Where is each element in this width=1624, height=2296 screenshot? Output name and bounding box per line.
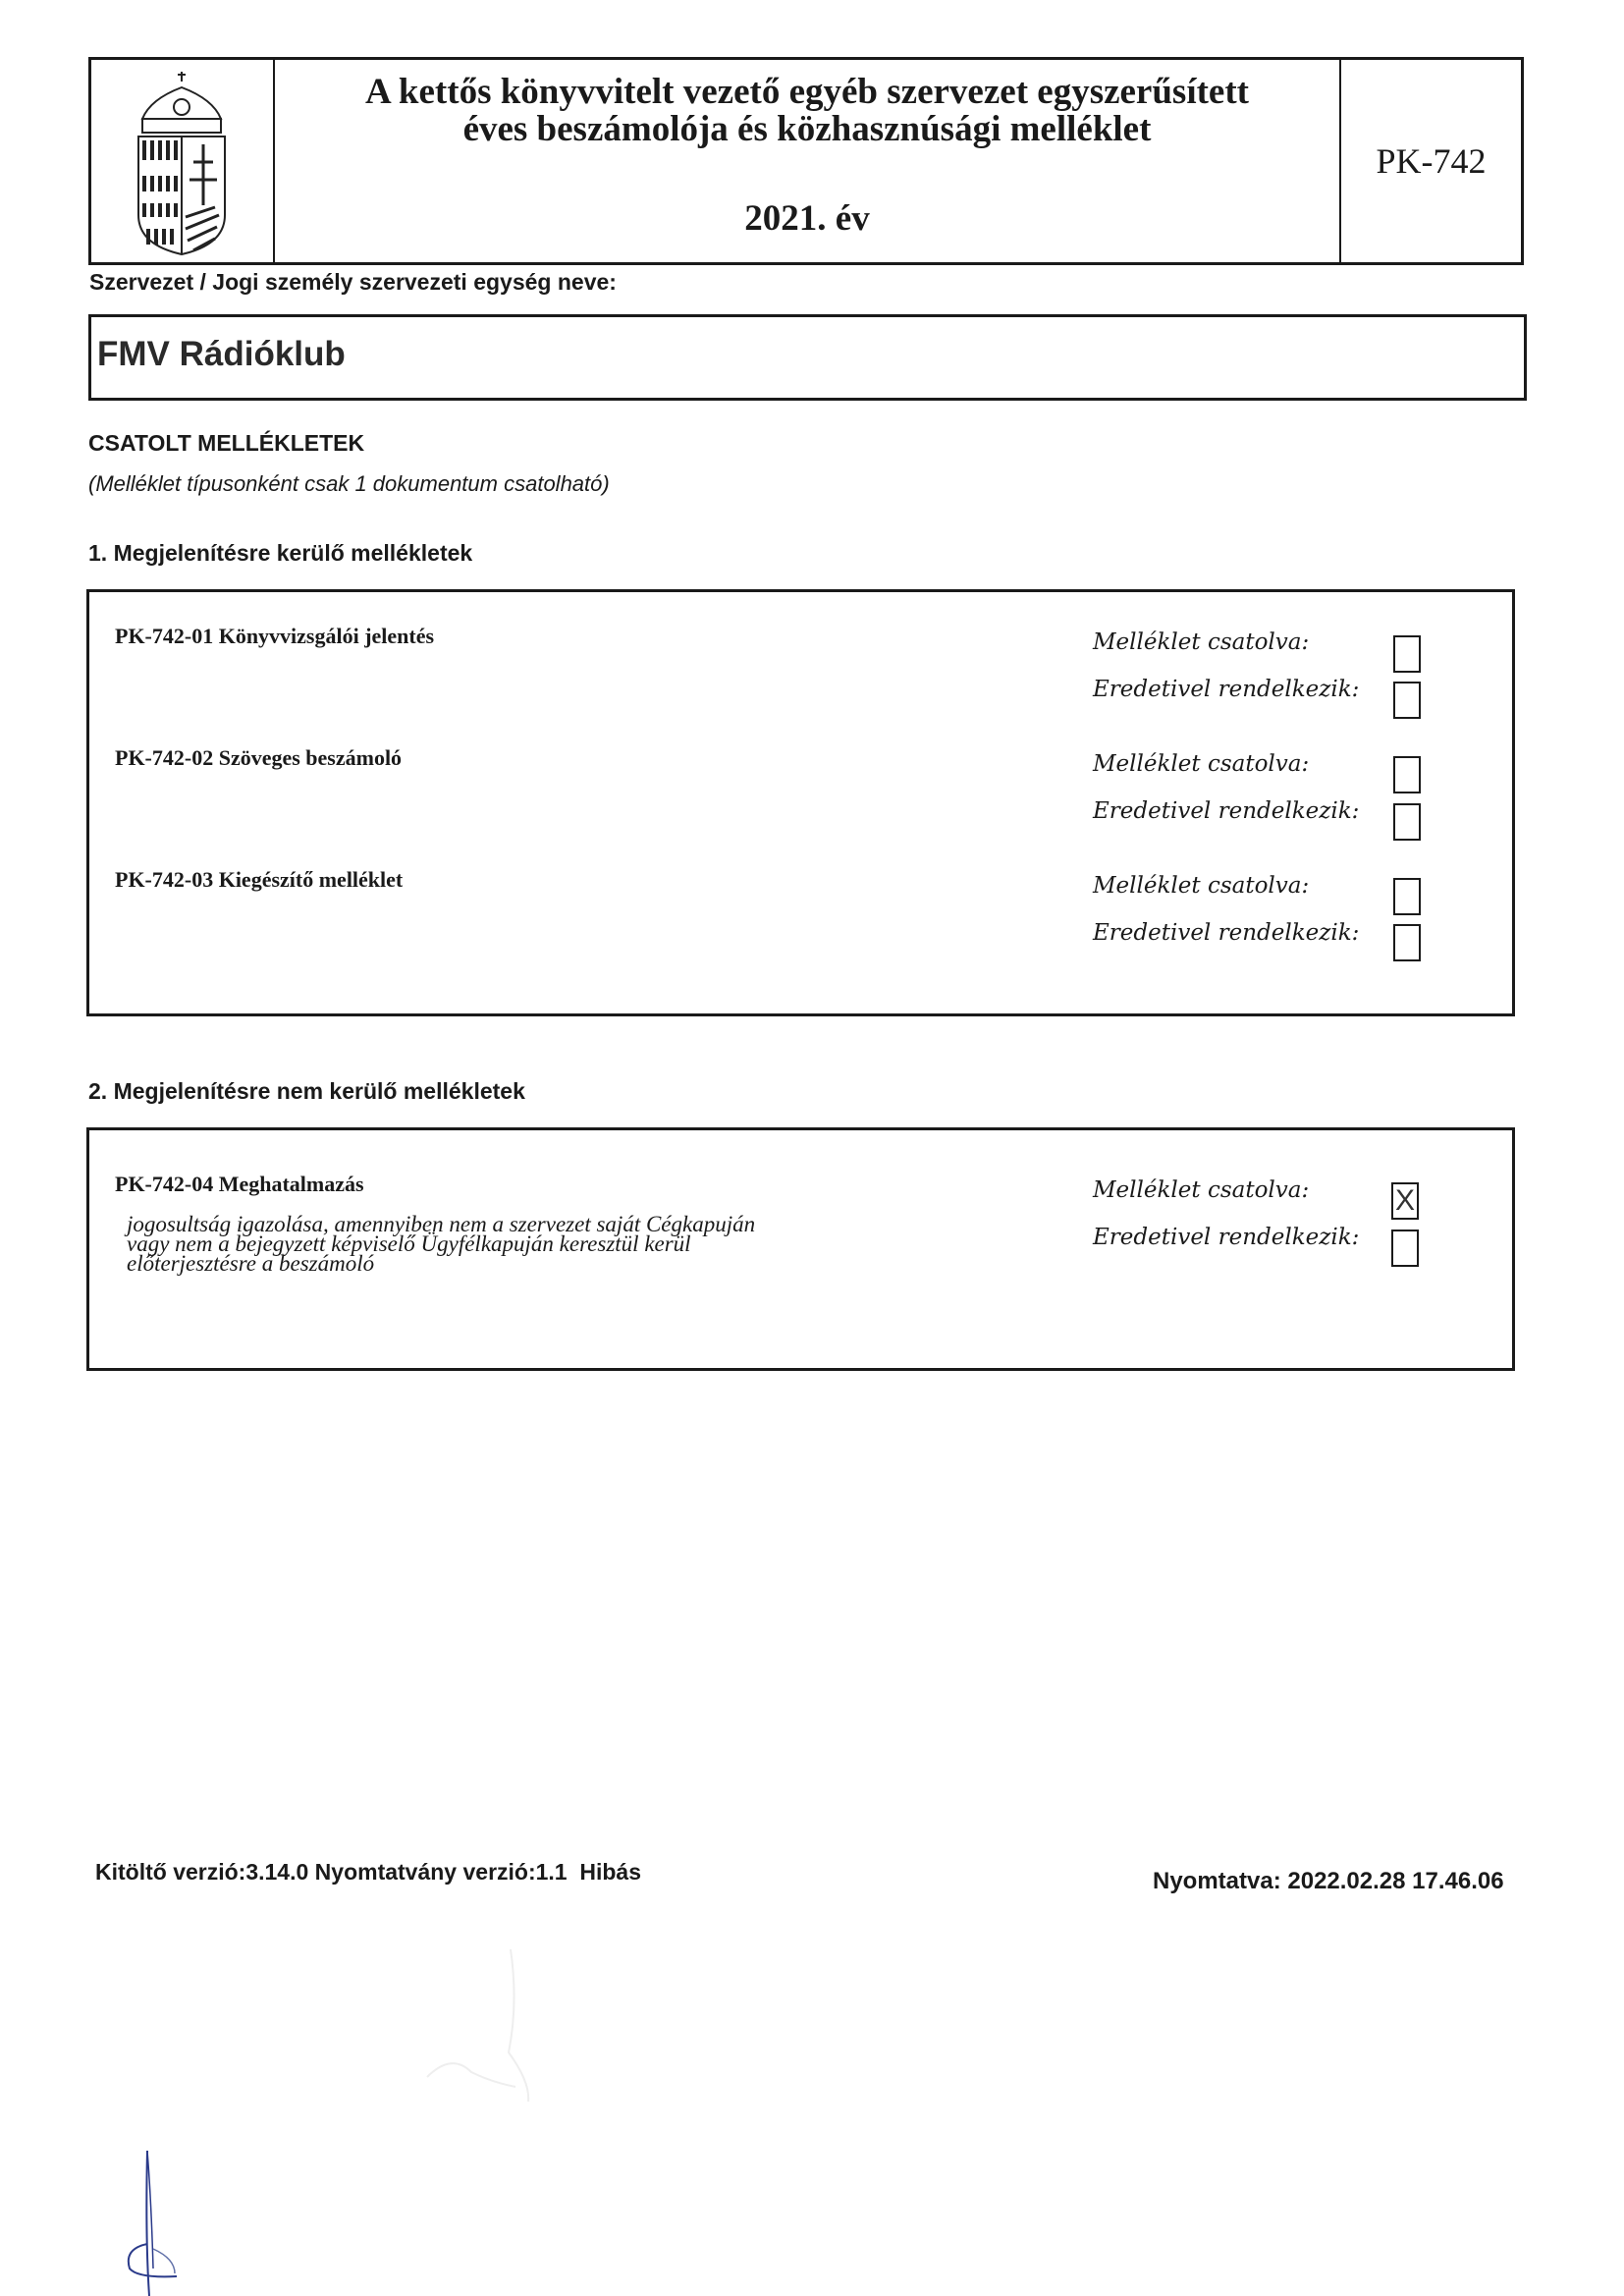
form-header: A kettős könyvvitelt vezető egyéb szerve… bbox=[88, 57, 1524, 265]
print-timestamp: Nyomtatva: 2022.02.28 17.46.06 bbox=[1153, 1868, 1504, 1895]
hungarian-coat-of-arms-icon bbox=[91, 60, 273, 262]
attached-label: Melléklet csatolva: bbox=[1093, 751, 1309, 777]
original-checkbox[interactable] bbox=[1391, 1230, 1419, 1267]
form-title-line-2: éves beszámolója és közhasznúsági mellék… bbox=[273, 111, 1341, 148]
original-label: Eredetivel rendelkezik: bbox=[1093, 920, 1359, 946]
organization-label: Szervezet / Jogi személy szervezeti egys… bbox=[89, 269, 617, 296]
original-checkbox[interactable] bbox=[1393, 924, 1421, 961]
attachment-item-label: PK-742-02 Szöveges beszámoló bbox=[115, 745, 402, 771]
attachment-item-label: PK-742-03 Kiegészítő melléklet bbox=[115, 867, 403, 893]
original-label: Eredetivel rendelkezik: bbox=[1093, 677, 1359, 702]
original-checkbox[interactable] bbox=[1393, 682, 1421, 719]
attached-checkbox[interactable] bbox=[1393, 878, 1421, 915]
attached-checkbox[interactable] bbox=[1393, 635, 1421, 673]
form-title: A kettős könyvvitelt vezető egyéb szerve… bbox=[273, 74, 1341, 148]
emblem-cell bbox=[91, 60, 275, 262]
section-1-title: 1. Megjelenítésre kerülő mellékletek bbox=[88, 540, 472, 567]
form-year: 2021. év bbox=[273, 197, 1341, 240]
original-label: Eredetivel rendelkezik: bbox=[1093, 1225, 1359, 1250]
form-title-line-1: A kettős könyvvitelt vezető egyéb szerve… bbox=[273, 74, 1341, 111]
attached-label: Melléklet csatolva: bbox=[1093, 1177, 1309, 1203]
attached-label: Melléklet csatolva: bbox=[1093, 629, 1309, 655]
version-info: Kitöltő verzió:3.14.0 Nyomtatvány verzió… bbox=[95, 1859, 641, 1886]
attachment-item-label: PK-742-04 Meghatalmazás bbox=[115, 1172, 364, 1197]
organization-name: FMV Rádióklub bbox=[97, 335, 346, 374]
original-label: Eredetivel rendelkezik: bbox=[1093, 798, 1359, 824]
description-line: előterjesztésre a beszámoló bbox=[127, 1254, 755, 1274]
section-2-title: 2. Megjelenítésre nem kerülő mellékletek bbox=[88, 1078, 525, 1105]
organization-field: FMV Rádióklub bbox=[88, 314, 1527, 401]
attached-checkbox[interactable]: X bbox=[1391, 1182, 1419, 1220]
form-code: PK-742 bbox=[1339, 60, 1521, 262]
attachment-item-label: PK-742-01 Könyvvizsgálói jelentés bbox=[115, 624, 434, 649]
attachments-title: CSATOLT MELLÉKLETEK bbox=[88, 430, 364, 457]
handwritten-signature-icon bbox=[118, 1944, 255, 2296]
attached-label: Melléklet csatolva: bbox=[1093, 873, 1309, 899]
faint-signature-icon bbox=[412, 1944, 569, 2111]
attachments-note: (Melléklet típusonként csak 1 dokumentum… bbox=[88, 471, 610, 497]
section-1-box: PK-742-01 Könyvvizsgálói jelentés Mellék… bbox=[86, 589, 1515, 1016]
section-2-box: PK-742-04 Meghatalmazás jogosultság igaz… bbox=[86, 1127, 1515, 1371]
original-checkbox[interactable] bbox=[1393, 803, 1421, 841]
attached-checkbox[interactable] bbox=[1393, 756, 1421, 793]
attachment-description: jogosultság igazolása, amennyiben nem a … bbox=[127, 1215, 755, 1274]
